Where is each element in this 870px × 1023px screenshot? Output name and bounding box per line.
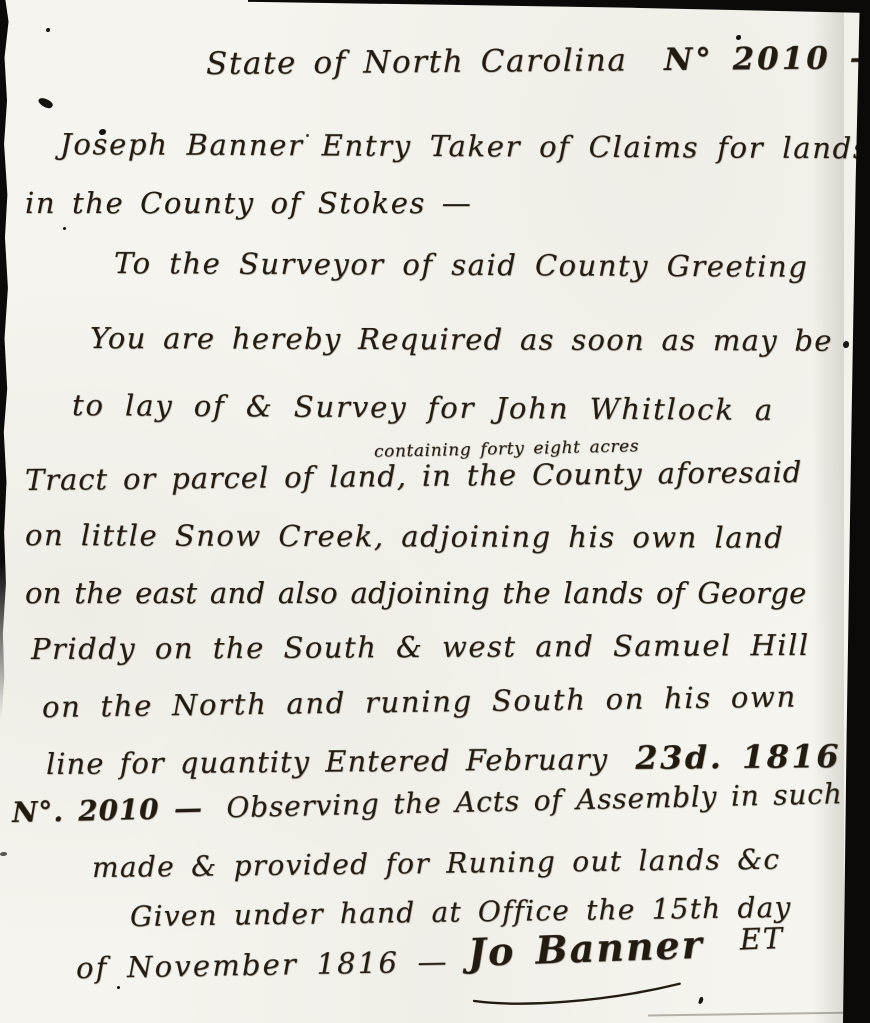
line-north-runing: on the North and runing South on his own [42, 679, 797, 724]
ink-speck [117, 986, 120, 989]
line-state-title: State of North Carolina N° 2010 — [206, 40, 870, 82]
ink-speck [0, 852, 7, 856]
ink-speck [698, 997, 704, 1005]
entered-text: line for quantity Entered February [46, 742, 608, 781]
line-snow-creek: on little Snow Creek, adjoining his own … [25, 518, 784, 555]
ink-speck [63, 227, 66, 230]
ink-speck [37, 96, 54, 111]
ink-speck [99, 129, 106, 135]
signature-title-abbreviation: ET [739, 921, 785, 957]
ink-speck [306, 134, 309, 137]
line-tract-parcel: Tract or parcel of land, in the County a… [25, 455, 803, 497]
line-surveyor-greeting: To the Surveyor of said County Greeting [114, 246, 808, 284]
line-observing-acts: N°. 2010 — Observing the Acts of Assembl… [12, 775, 870, 829]
scan-edge-left [0, 0, 9, 720]
line-hereby-required: You are hereby Required as soon as may b… [90, 321, 833, 358]
signature: Jo Banner ET [467, 919, 785, 975]
ink-speck [736, 35, 741, 40]
line-county-of-stokes: in the County of Stokes — [25, 186, 472, 220]
line-made-provided: made & provided for Runing out lands &c [92, 843, 781, 884]
line-date-november: of November 1816 — [76, 944, 449, 984]
line-lay-survey: to lay of & Survey for John Whitlock a [72, 388, 774, 427]
margin-entry-number: N°. 2010 — [12, 792, 203, 829]
document-scan: State of North Carolina N° 2010 — Joseph… [0, 0, 870, 1023]
ink-speck [46, 28, 50, 32]
line-east-adjoining: on the east and also adjoining the lands… [25, 576, 807, 610]
state-title: State of North Carolina [206, 42, 628, 82]
line-quantity-entered: line for quantity Entered February 23d. … [46, 737, 870, 782]
scan-shadow-right [812, 0, 844, 1023]
line-priddy-hill: Priddy on the South & west and Samuel Hi… [31, 628, 810, 666]
scan-edge-top [248, 0, 870, 13]
signature-flourish [472, 981, 685, 1008]
signature-name: Jo Banner [467, 922, 704, 975]
observing-text: Observing the Acts of Assembly in such c… [226, 775, 870, 824]
line-entry-taker: Joseph Banner Entry Taker of Claims for … [60, 127, 870, 165]
